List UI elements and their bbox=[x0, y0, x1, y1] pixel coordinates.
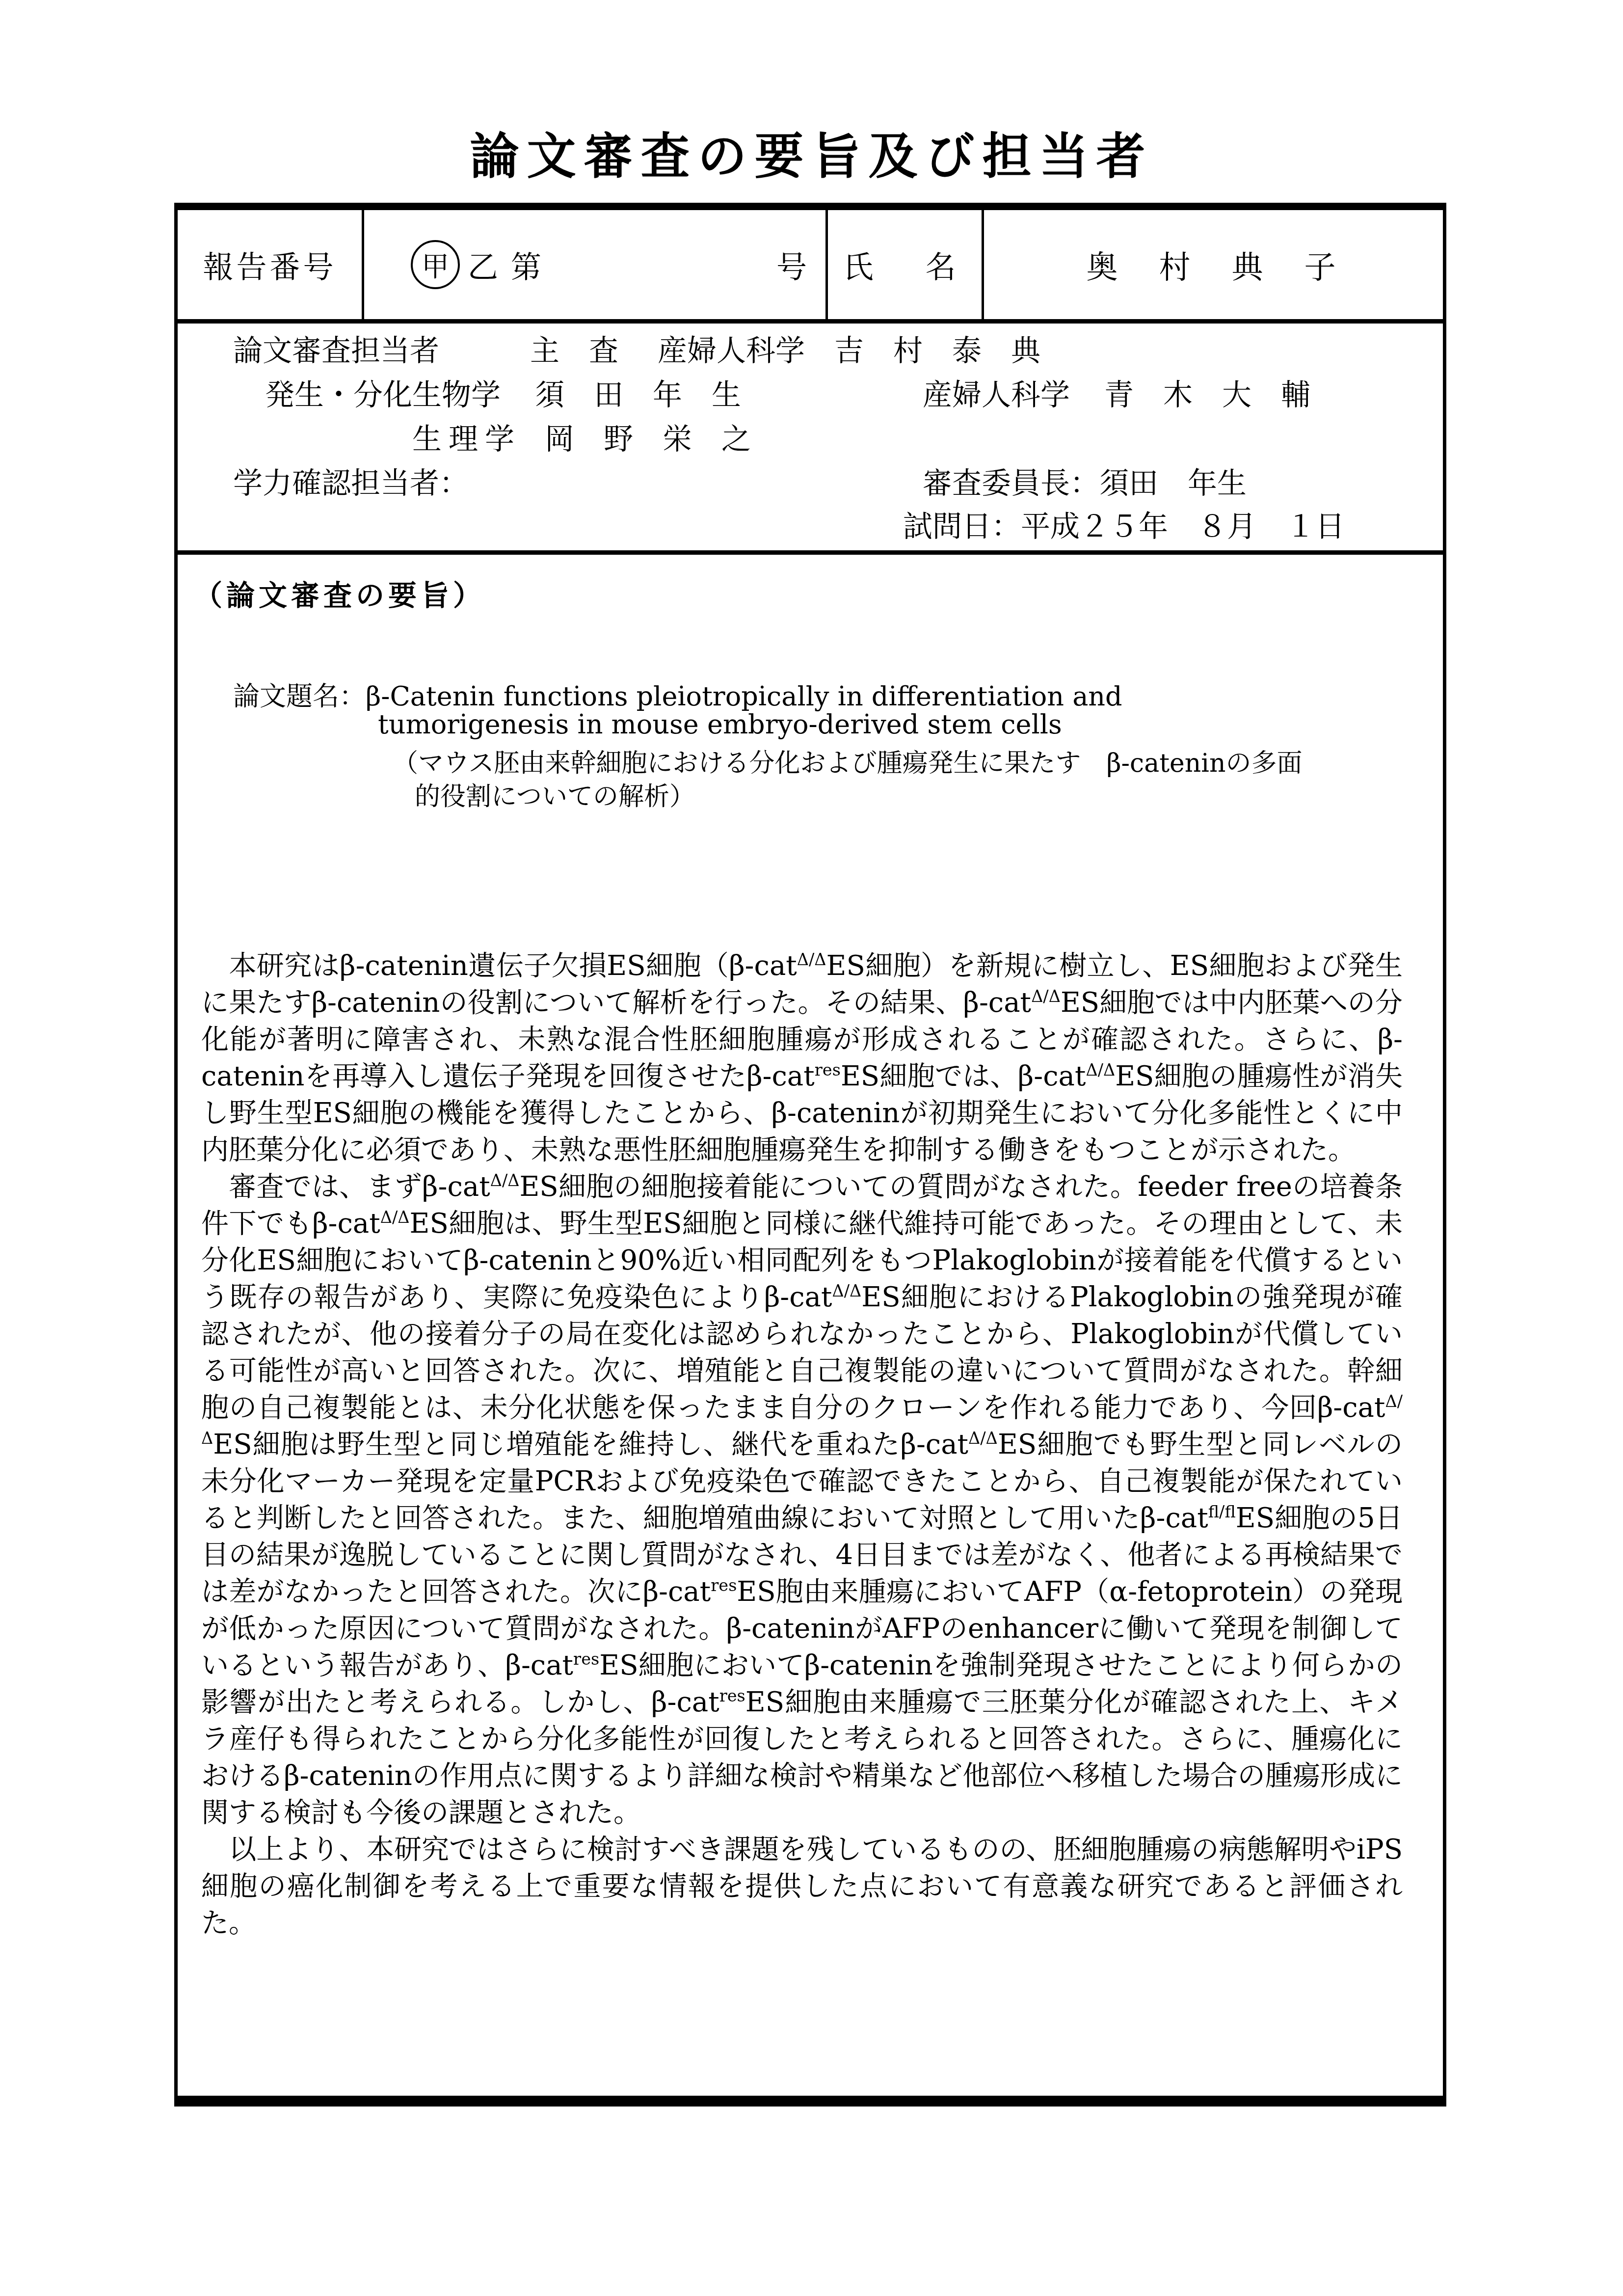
review-body: 本研究はβ-catenin遺伝子欠損ES細胞（β-catΔ/ΔES細胞）を新規に… bbox=[201, 947, 1403, 1942]
circled-kou-mark: 甲 bbox=[411, 240, 460, 289]
candidate-name: 奥 村 典 子 bbox=[984, 210, 1443, 319]
document-title: 論文審査の要旨及び担当者 bbox=[0, 117, 1623, 188]
report-number-label: 報告番号 bbox=[178, 210, 364, 319]
examiner3-dept: 生理学 bbox=[412, 416, 521, 458]
examiner3-name: 岡 野 栄 之 bbox=[545, 416, 751, 458]
exam-date: 試問日：平成２５年 ８月 １日 bbox=[903, 503, 1345, 545]
document-frame: 報告番号 甲 乙 第 号 氏 名 奥 村 典 子 論文審査担当者 主 査 産婦人… bbox=[174, 203, 1446, 2107]
chief-examiner-dept: 産婦人科学 bbox=[658, 327, 805, 370]
examiners-panel-label: 論文審査担当者 bbox=[233, 327, 439, 370]
examiner1-name: 須 田 年 生 bbox=[535, 372, 741, 414]
summary-heading: （論文審査の要旨） bbox=[194, 572, 485, 614]
examiner1-dept: 発生・分化生物学 bbox=[265, 372, 501, 414]
name-label: 氏 名 bbox=[828, 210, 984, 319]
scanned-document-page: 論文審査の要旨及び担当者 報告番号 甲 乙 第 号 氏 名 奥 村 典 子 論文… bbox=[0, 0, 1623, 2296]
chief-examiner-title: 主 査 bbox=[530, 327, 618, 370]
otsu-char: 乙 bbox=[468, 243, 498, 287]
dai-char: 第 bbox=[511, 243, 541, 287]
gou-char: 号 bbox=[776, 243, 807, 287]
examiner2-name: 青 木 大 輔 bbox=[1104, 372, 1310, 414]
examiners-section: 論文審査担当者 主 査 産婦人科学 吉 村 泰 典 発生・分化生物学 須 田 年… bbox=[178, 324, 1443, 555]
aptitude-check-label: 学力確認担当者： bbox=[233, 460, 469, 502]
thesis-title-line-2: tumorigenesis in mouse embryo-derived st… bbox=[378, 709, 1062, 740]
examiner2-dept: 産婦人科学 bbox=[923, 372, 1070, 414]
review-paragraph-2: 審査では、まずβ-catΔ/ΔES細胞の細胞接着能についての質問がなされた。fe… bbox=[201, 1168, 1403, 1831]
chief-examiner-name: 吉 村 泰 典 bbox=[834, 327, 1040, 370]
committee-chair: 審査委員長：須田 年生 bbox=[923, 460, 1247, 502]
thesis-title-label: 論文題名： bbox=[233, 681, 366, 712]
thesis-title-line-3: （マウス胚由来幹細胞における分化および腫瘍発生に果たす β-cateninの多面 bbox=[393, 742, 1302, 779]
report-number-cell: 甲 乙 第 号 bbox=[364, 210, 828, 319]
thesis-title-line-4: 的役割についての解析） bbox=[415, 776, 695, 812]
thesis-title-english-1: β-Catenin functions pleiotropically in d… bbox=[366, 681, 1122, 712]
review-paragraph-3: 以上より、本研究ではさらに検討すべき課題を残しているものの、胚細胞腫瘍の病態解明… bbox=[201, 1831, 1403, 1942]
report-number-row: 報告番号 甲 乙 第 号 氏 名 奥 村 典 子 bbox=[178, 210, 1443, 324]
review-paragraph-1: 本研究はβ-catenin遺伝子欠損ES細胞（β-catΔ/ΔES細胞）を新規に… bbox=[201, 947, 1403, 1168]
thesis-title-line-1: 論文題名：β-Catenin functions pleiotropically… bbox=[233, 675, 1122, 713]
